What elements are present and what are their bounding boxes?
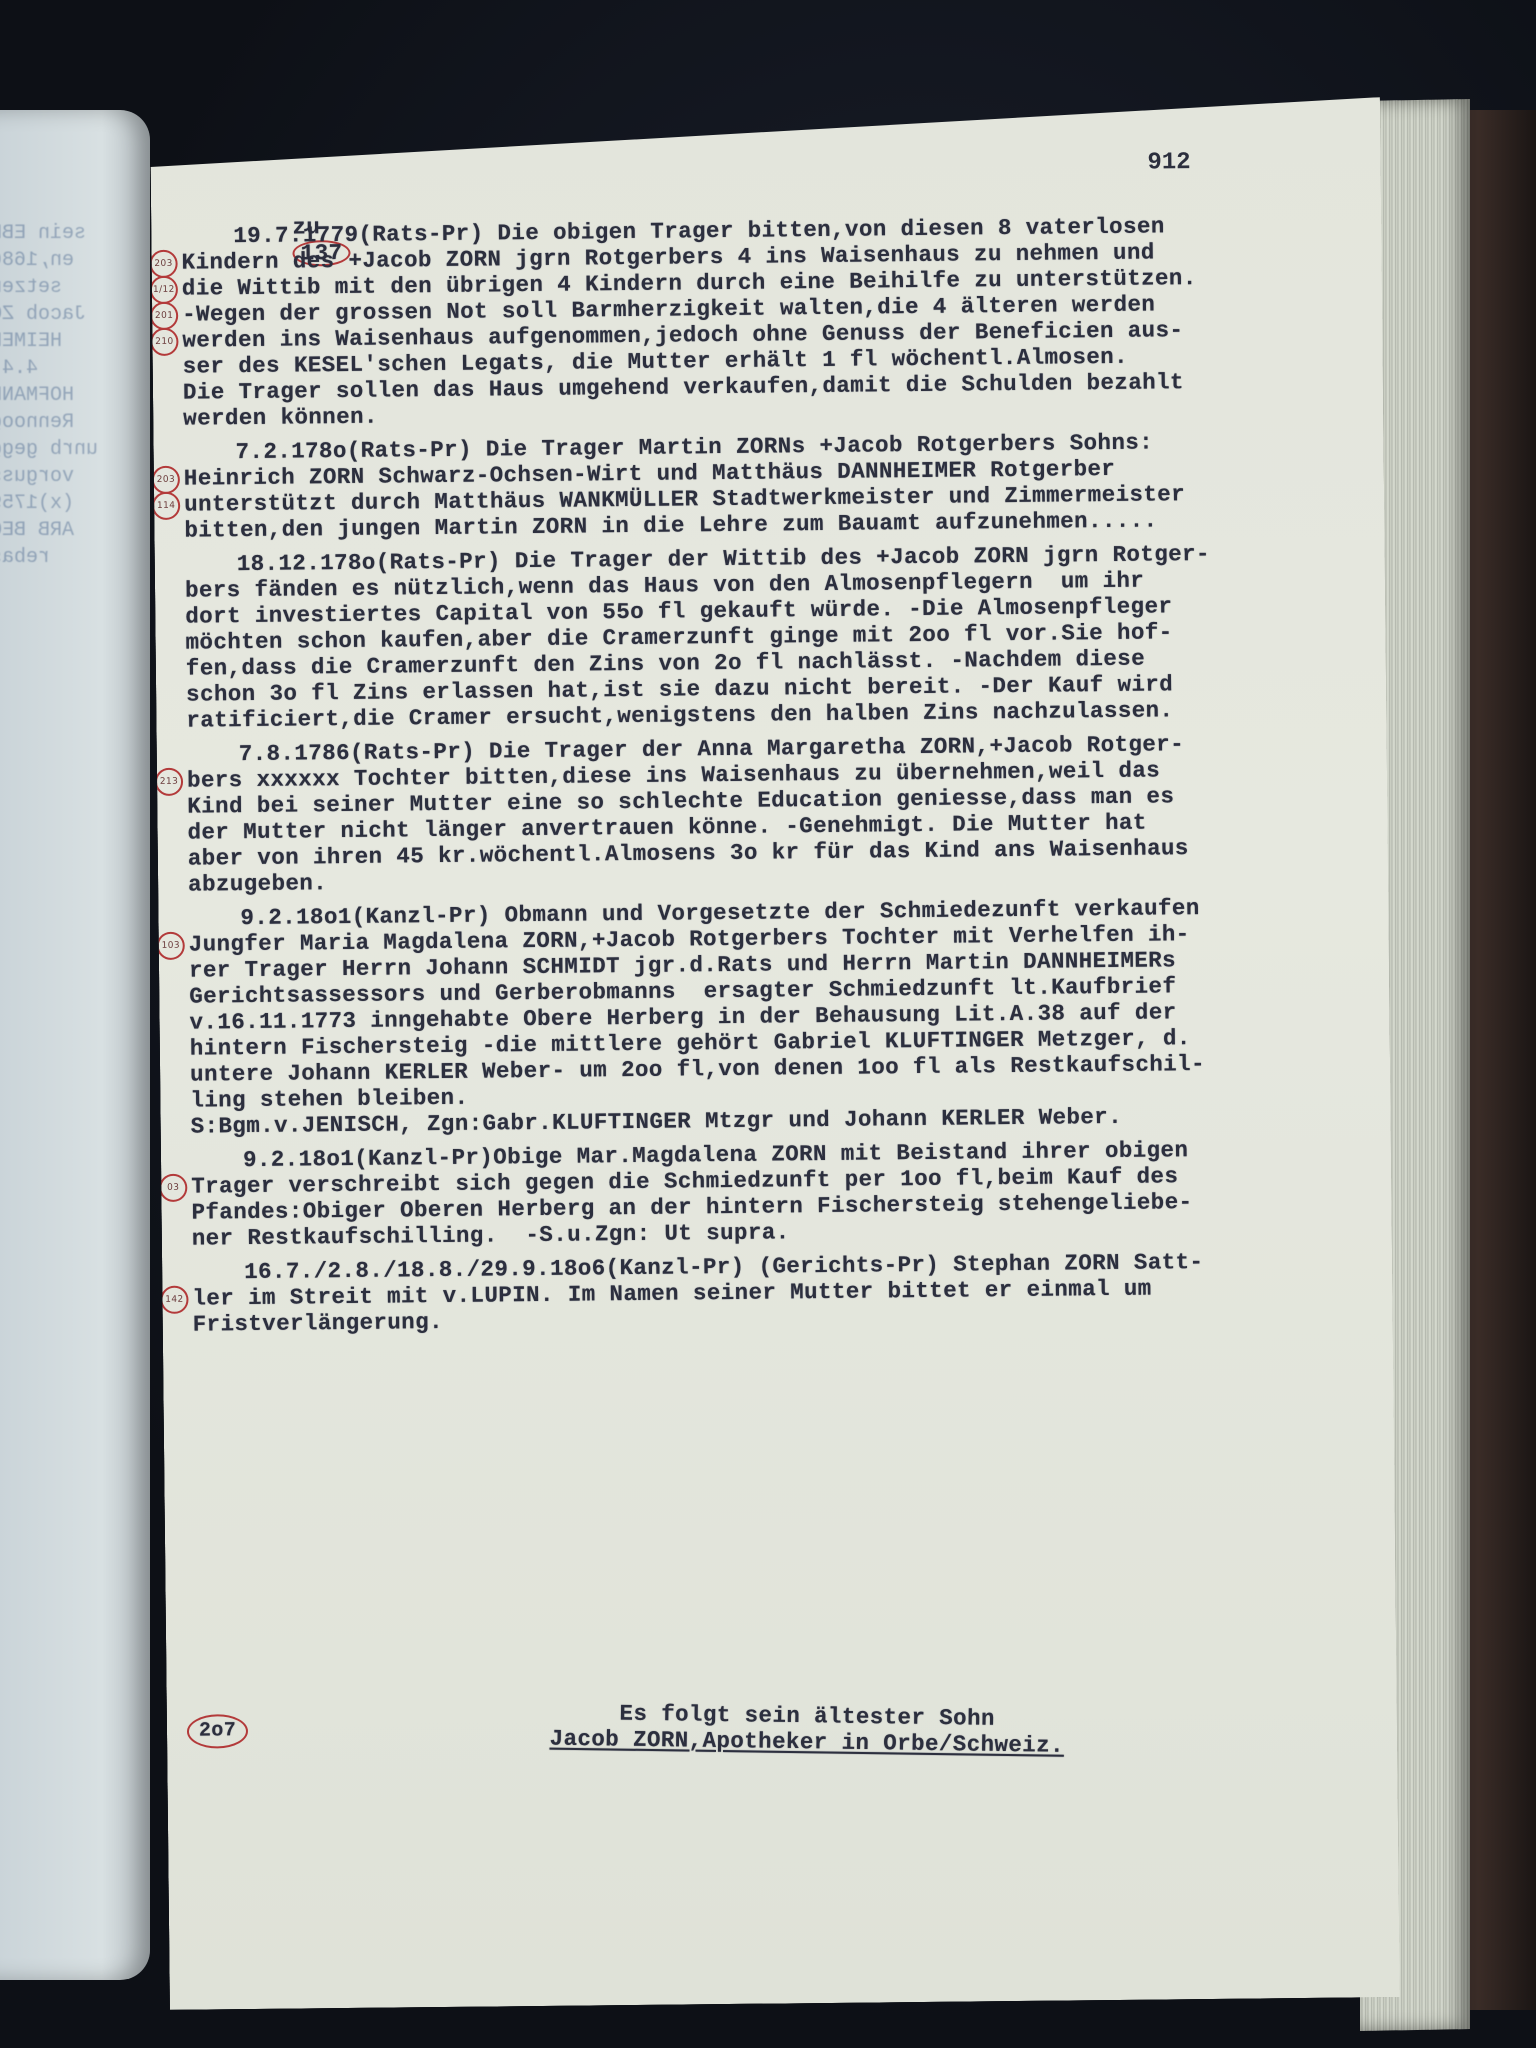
- closing-note: Es folgt sein ältester Sohn Jacob ZORN,A…: [447, 1698, 1168, 1760]
- margin-annotation: 114: [152, 492, 180, 520]
- entry-1806: 14216.7./2.8./18.8./29.9.18o6(Kanzl-Pr) …: [192, 1247, 1373, 1337]
- margin-annotation: 103: [157, 932, 185, 960]
- page-body: zu 137 2031/1220121019.7.1779(Rats-Pr) D…: [181, 177, 1373, 1345]
- entry-1801b: 039.2.18o1(Kanzl-Pr)Obige Mar.Magdalena …: [191, 1135, 1372, 1251]
- document-page: 912 zu 137 2031/1220121019.7.1779(Rats-P…: [150, 97, 1400, 2010]
- margin-annotation: 210: [150, 328, 178, 356]
- entry-1780a: 2031147.2.178o(Rats-Pr) Die Trager Marti…: [183, 427, 1364, 543]
- margin-annotation: 213: [155, 768, 183, 796]
- entry-1779: 2031/1220121019.7.1779(Rats-Pr) Die obig…: [181, 211, 1363, 431]
- entry-1786: 2137.8.1786(Rats-Pr) Die Trager der Anna…: [187, 729, 1369, 897]
- margin-annotation: 201: [150, 302, 178, 330]
- entry-list: 2031/1220121019.7.1779(Rats-Pr) Die obig…: [181, 211, 1373, 1337]
- margin-annotation: 203: [152, 466, 180, 494]
- margin-annotation: 03: [159, 1174, 187, 1202]
- entry-1780b: 18.12.178o(Rats-Pr) Die Trager der Witti…: [185, 539, 1367, 733]
- footer-circled-ref: 2o7: [187, 1714, 249, 1749]
- entry-1801a: 1039.2.18o1(Kanzl-Pr) Obmann und Vorgese…: [188, 893, 1370, 1139]
- margin-annotation: 142: [160, 1286, 188, 1314]
- left-page-bleed-text: sein EBB en,1686 setzen Jacob ZO HEIMER …: [0, 220, 140, 571]
- margin-annotation: 203: [149, 250, 177, 278]
- margin-annotation: 1/12: [150, 276, 178, 304]
- section-header: zu 137: [181, 177, 1361, 215]
- left-facing-page: sein EBB en,1686 setzen Jacob ZO HEIMER …: [0, 110, 150, 1980]
- page-number: 912: [1147, 149, 1190, 176]
